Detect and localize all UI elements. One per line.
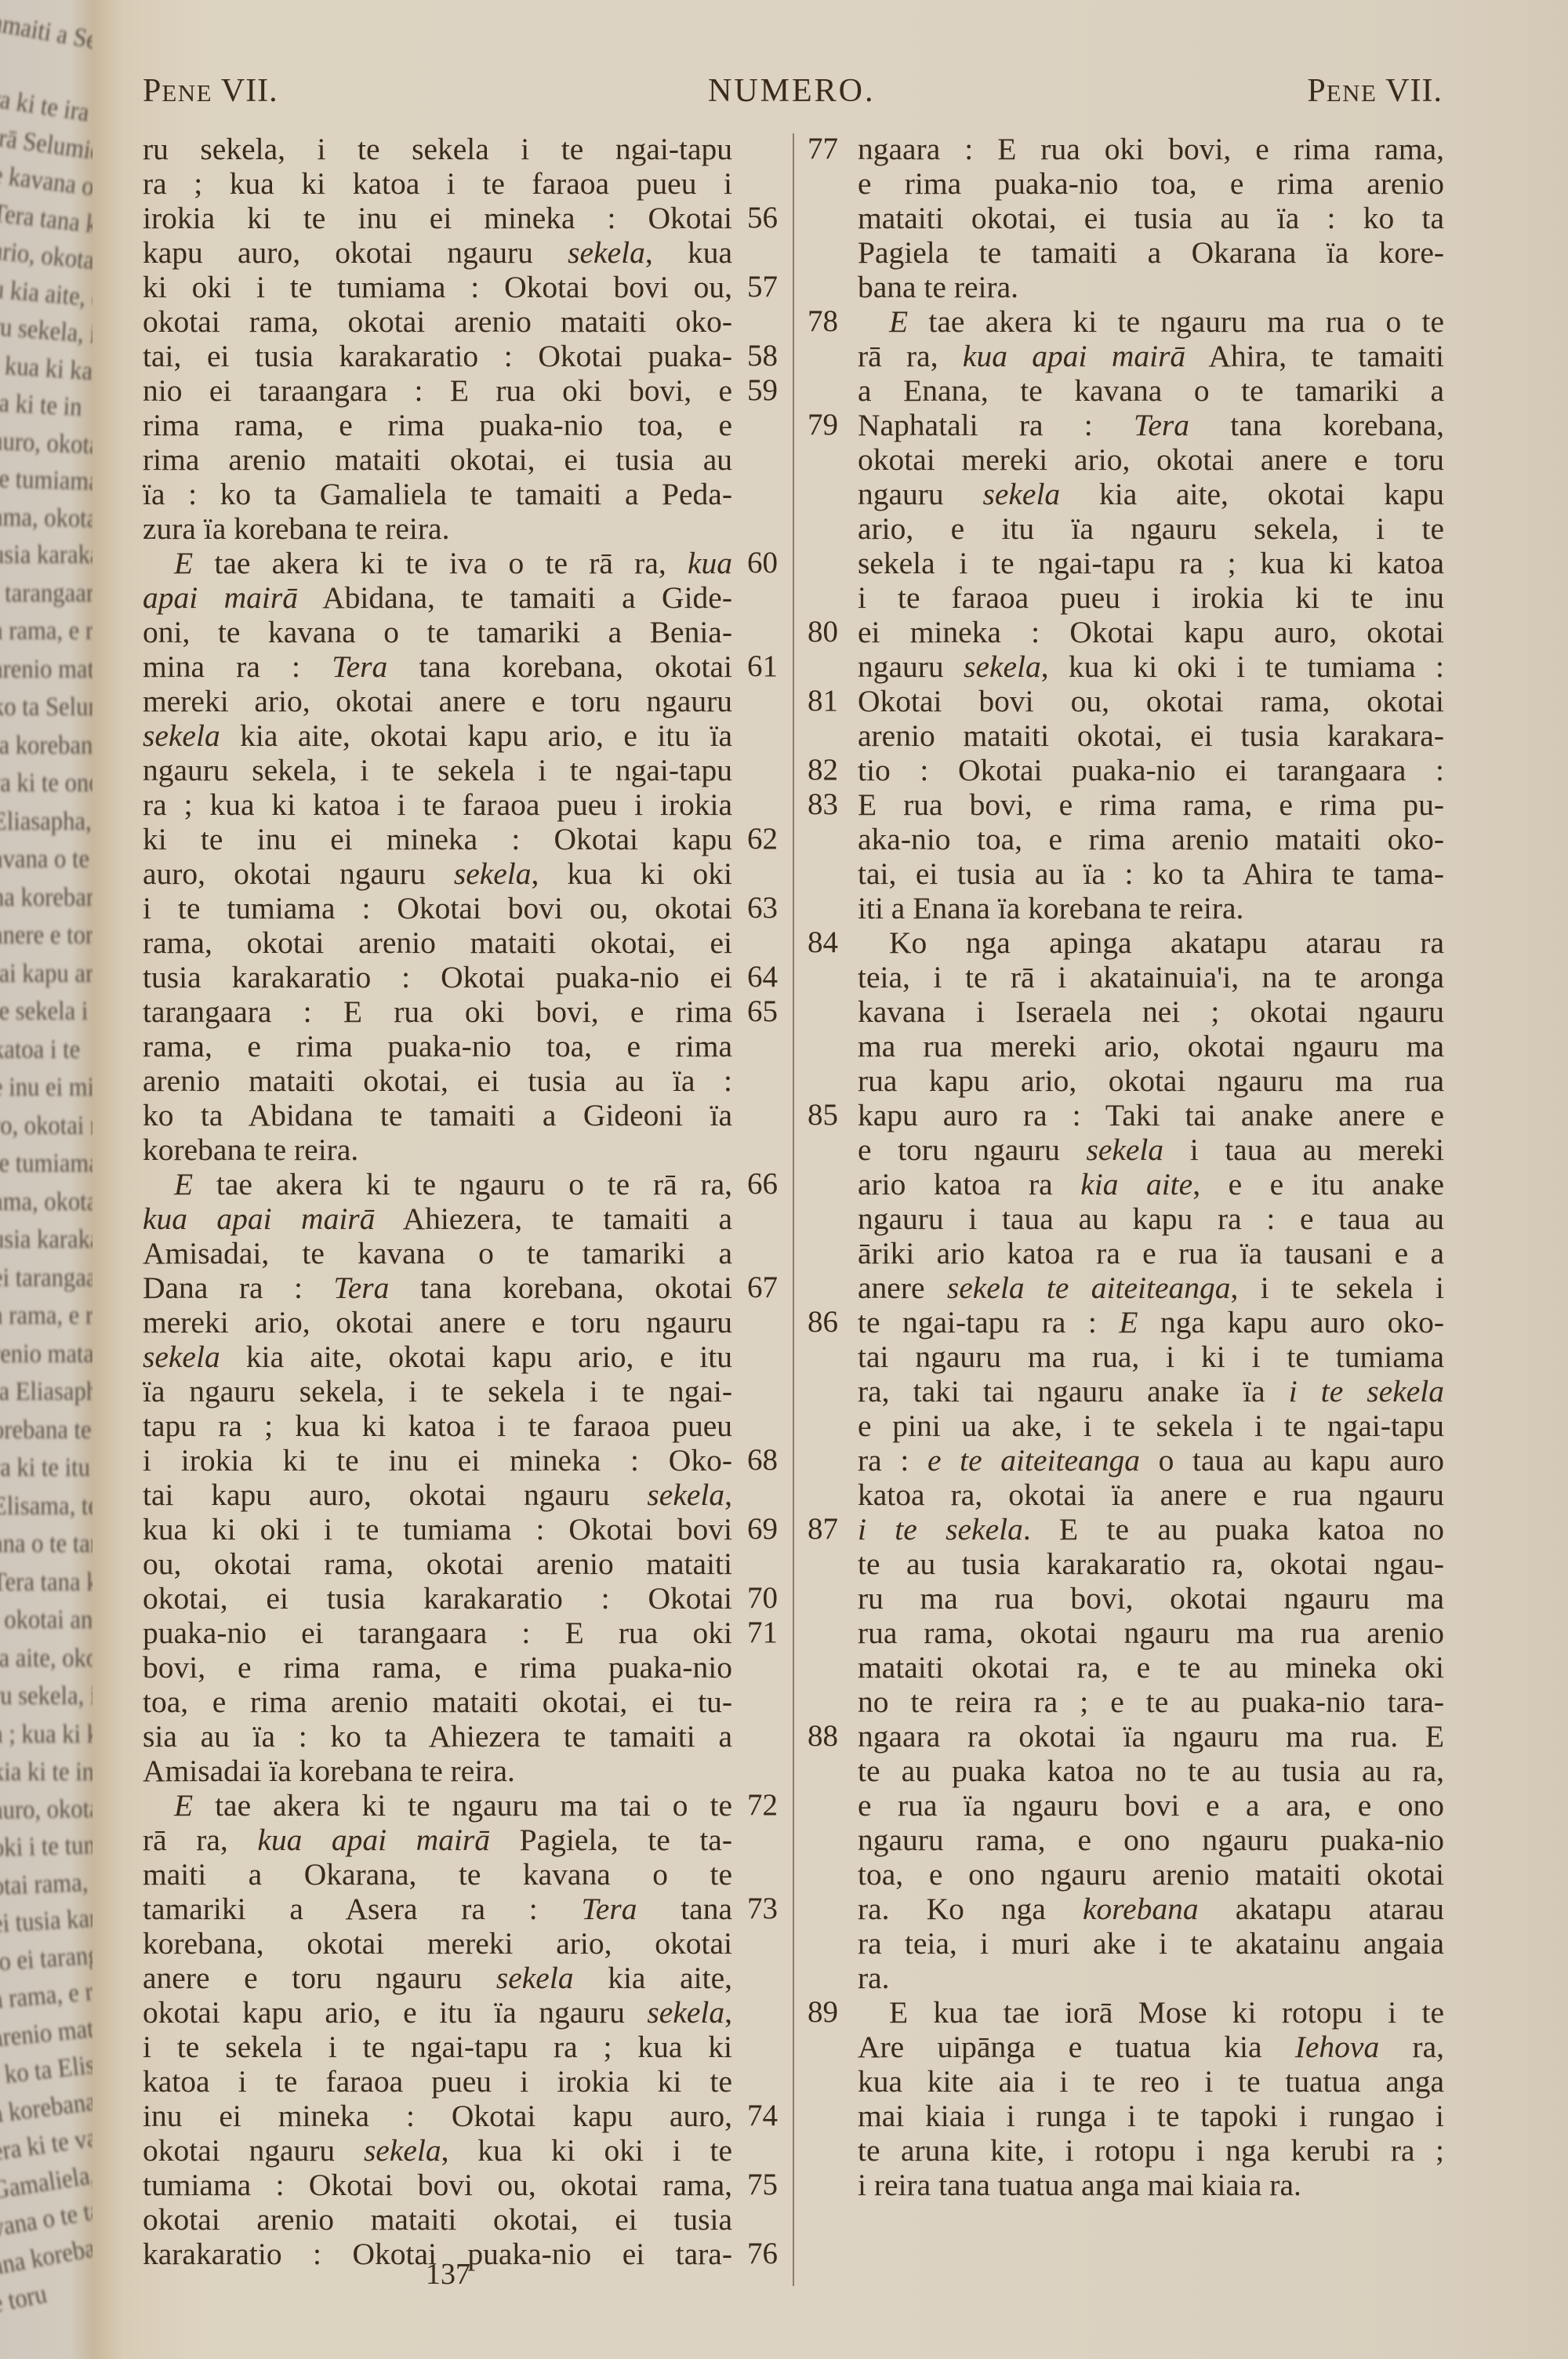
facing-page-fragment: usia karaka bbox=[0, 1225, 100, 1255]
text-line: rā ra, kua apai mairā Pagiela, te ta- bbox=[143, 1823, 793, 1857]
text-line: iti a Enana ïa korebana te reira. bbox=[808, 891, 1446, 925]
verse-number: 58 bbox=[739, 339, 778, 373]
facing-page-fragment: ra ki te ira bbox=[0, 84, 91, 128]
line-text: mina ra : Tera tana korebana, okotai bbox=[143, 649, 732, 684]
line-text: auro, okotai ngauru sekela, kua ki oki bbox=[143, 856, 732, 891]
text-line: tamariki a Asera ra : Tera tana73 bbox=[143, 1892, 793, 1926]
line-text: ru sekela, i te sekela i te ngai-tapu bbox=[143, 132, 732, 166]
verse-number: 62 bbox=[739, 822, 778, 856]
text-line: rā ra, kua apai mairā Ahira, te tamaiti bbox=[808, 339, 1446, 373]
facing-page-fragment: ama, okotai bbox=[0, 1187, 102, 1217]
line-text: tai, ei tusia karakaratio : Okotai puaka… bbox=[143, 339, 732, 373]
facing-page-fragment: Tera tana ko bbox=[0, 1568, 102, 1598]
facing-page-fragment: arenio matai bbox=[0, 2012, 102, 2054]
line-text: tai, ei tusia au ïa : ko ta Ahira te tam… bbox=[858, 856, 1444, 891]
text-line: okotai kapu ario, e itu ïa ngauru sekela… bbox=[143, 1995, 793, 2030]
line-text: Amisadai ïa korebana te reira. bbox=[143, 1754, 732, 1788]
line-text: irokia ki te inu ei mineka : Okotai bbox=[143, 201, 732, 235]
verse-number: 69 bbox=[739, 1512, 778, 1547]
line-text: E tae akera ki te ngauru ma tai o te bbox=[143, 1788, 732, 1823]
facing-page-fragment: otai rama, oko bbox=[0, 1866, 102, 1901]
line-text: rā ra, kua apai mairā Ahira, te tamaiti bbox=[858, 339, 1444, 373]
line-text: rama, e rima puaka-nio toa, e rima bbox=[143, 1029, 732, 1063]
text-line: mataiti okotai ra, e te au mineka oki bbox=[808, 1650, 1446, 1685]
text-line: rama, okotai arenio mataiti okotai, ei bbox=[143, 925, 793, 960]
line-text: sekela kia aite, okotai kapu ario, e itu bbox=[143, 1339, 732, 1374]
verse-number: 61 bbox=[739, 649, 778, 684]
line-text: ki te inu ei mineka : Okotai kapu bbox=[143, 822, 732, 856]
facing-page-fragment: a rama, e ri bbox=[0, 616, 100, 646]
text-line: tai kapu auro, okotai ngauru sekela, bbox=[143, 1478, 793, 1512]
text-line: korebana te reira. bbox=[143, 1132, 793, 1167]
facing-page-fragment: ra ki te itu o bbox=[0, 1453, 102, 1483]
verse-number: 60 bbox=[739, 546, 778, 580]
line-text: puaka-nio ei tarangaara : E rua oki bbox=[143, 1616, 732, 1650]
text-line: ra, taki tai ngauru anake ïa i te sekela bbox=[808, 1374, 1446, 1408]
line-text: ou, okotai rama, okotai arenio mataiti bbox=[143, 1547, 732, 1581]
text-line: katoa i te faraoa pueu i irokia ki te bbox=[143, 2064, 793, 2099]
text-line: Amisadai, te kavana o te tamariki a bbox=[143, 1236, 793, 1270]
verse-number: 59 bbox=[739, 373, 778, 408]
facing-page-gutter: amaiti a Selra ki te irairā Selumiee kav… bbox=[0, 0, 102, 2359]
text-line: ra ; kua ki katoa i te faraoa pueu i bbox=[143, 166, 793, 201]
line-text: bovi, e rima rama, e rima puaka-nio bbox=[143, 1650, 732, 1685]
line-text: okotai arenio mataiti okotai, ei tusia bbox=[143, 2202, 732, 2237]
text-line: tarangaara : E rua oki bovi, e rima65 bbox=[143, 994, 793, 1029]
facing-page-fragment: ro, okotai n bbox=[0, 1111, 102, 1141]
text-line: Pagiela te tamaiti a Okarana ïa kore- bbox=[808, 235, 1446, 270]
line-text: e toru ngauru sekela i taua au mereki bbox=[858, 1132, 1444, 1167]
line-text: okotai kapu ario, e itu ïa ngauru sekela… bbox=[143, 1995, 732, 2030]
facing-page-fragment: te sekela i bbox=[0, 997, 88, 1027]
verse-number: 73 bbox=[739, 1892, 778, 1926]
facing-page-fragment: , okotai anere bbox=[0, 1605, 102, 1635]
page-number: 137 bbox=[426, 2257, 470, 2292]
line-text: okotai mereki ario, okotai anere e toru bbox=[858, 442, 1444, 477]
line-text: tusia karakaratio : Okotai puaka-nio ei bbox=[143, 960, 732, 994]
text-line: ra teia, i muri ake i te akatainu angaia bbox=[808, 1926, 1446, 1961]
line-text: maiti a Okarana, te kavana o te bbox=[143, 1857, 732, 1892]
verse-number: 57 bbox=[739, 270, 778, 304]
text-line: mataiti okotai, ei tusia au ïa : ko ta bbox=[808, 201, 1446, 235]
text-line: ru sekela, i te sekela i te ngai-tapu bbox=[143, 132, 793, 166]
verse-number: 85 bbox=[808, 1098, 848, 1132]
line-text: te ngai-tapu ra : E nga kapu auro oko- bbox=[858, 1305, 1444, 1339]
facing-page-fragment: ta Eliasapha bbox=[0, 1377, 102, 1407]
line-text: ra. bbox=[858, 1961, 1444, 1995]
facing-page-fragment: ïa korebana t bbox=[0, 731, 102, 761]
text-line: āriki ario katoa ra e rua ïa tausani e a bbox=[808, 1236, 1446, 1270]
facing-page-fragment: na korebana, bbox=[0, 883, 102, 913]
line-text: okotai, ei tusia karakaratio : Okotai bbox=[143, 1581, 732, 1616]
line-text: ngauru sekela, kua ki oki i te tumiama : bbox=[858, 649, 1444, 684]
line-text: anere e toru ngauru sekela kia aite, bbox=[143, 1961, 732, 1995]
text-line: rima rama, e rima puaka-nio toa, e bbox=[143, 408, 793, 442]
line-text: sekela i te ngai-tapu ra ; kua ki katoa bbox=[858, 546, 1444, 580]
running-head-left: PENE VII. bbox=[143, 72, 278, 110]
verse-number: 81 bbox=[808, 684, 848, 718]
facing-page-fragment: ru sekela, i t bbox=[0, 312, 102, 351]
text-line: Amisadai ïa korebana te reira. bbox=[143, 1754, 793, 1788]
line-text: bana te reira. bbox=[858, 270, 1444, 304]
line-text: kua kite aia i te reo i te tuatua anga bbox=[858, 2064, 1444, 2099]
text-line: okotai ngauru sekela, kua ki oki i te bbox=[143, 2133, 793, 2168]
line-text: Ko nga apinga akatapu atarau ra bbox=[858, 925, 1444, 960]
text-line: e rima puaka-nio toa, e rima arenio bbox=[808, 166, 1446, 201]
verse-number: 74 bbox=[739, 2099, 778, 2133]
line-text: E kua tae iorā Mose ki rotopu i te bbox=[858, 1995, 1444, 2030]
line-text: rā ra, kua apai mairā Pagiela, te ta- bbox=[143, 1823, 732, 1857]
facing-page-fragment: e inu ei mi bbox=[0, 1073, 94, 1103]
line-text: katoa i te faraoa pueu i irokia ki te bbox=[143, 2064, 732, 2099]
text-line: ei mineka : Okotai kapu auro, okotai80 bbox=[808, 615, 1446, 649]
facing-page-fragment: Tera tana k bbox=[0, 198, 100, 240]
facing-page-fragment: ana o te tama bbox=[0, 1529, 102, 1559]
facing-page-fragment: katoa i te bbox=[0, 1035, 80, 1065]
line-text: tai kapu auro, okotai ngauru sekela, bbox=[143, 1478, 732, 1512]
text-line: rua kapu ario, okotai ngauru ma rua bbox=[808, 1063, 1446, 1098]
text-line: rua rama, okotai ngauru ma rua arenio bbox=[808, 1616, 1446, 1650]
text-line: ra. bbox=[808, 1961, 1446, 1995]
facing-page-fragment: Elisama, te ta bbox=[0, 1492, 102, 1521]
text-line: tusia karakaratio : Okotai puaka-nio ei6… bbox=[143, 960, 793, 994]
facing-page-fragment: ama, okotai a bbox=[0, 503, 102, 535]
text-line: maiti a Okarana, te kavana o te bbox=[143, 1857, 793, 1892]
facing-page-fragment: u kia aite, o bbox=[0, 274, 102, 314]
text-line: tai ngauru ma rua, i ki i te tumiama bbox=[808, 1339, 1446, 1374]
text-line: Dana ra : Tera tana korebana, okotai67 bbox=[143, 1270, 793, 1305]
text-line: ngaara ra okotai ïa ngauru ma rua. E88 bbox=[808, 1719, 1446, 1754]
facing-page-fragment: anere e toru n bbox=[0, 921, 102, 951]
line-text: tamariki a Asera ra : Tera tana bbox=[143, 1892, 732, 1926]
verse-number: 76 bbox=[739, 2237, 778, 2271]
line-text: inu ei mineka : Okotai kapu auro, bbox=[143, 2099, 732, 2133]
text-line: ko ta Abidana te tamaiti a Gideoni ïa bbox=[143, 1098, 793, 1132]
line-text: ngauru i taua au kapu ra : e taua au bbox=[858, 1201, 1444, 1236]
text-line: i te tumiama : Okotai bovi ou, okotai63 bbox=[143, 891, 793, 925]
text-line: ra : e te aiteiteanga o taua au kapu aur… bbox=[808, 1443, 1446, 1478]
line-text: kapu auro, okotai ngauru sekela, kua bbox=[143, 235, 732, 270]
verse-number: 87 bbox=[808, 1512, 848, 1547]
facing-page-fragment: amaiti a Sel bbox=[0, 8, 102, 57]
facing-page-fragment: ; kua ki ka bbox=[0, 351, 93, 387]
facing-page-fragment: kia ki te in bbox=[0, 1757, 94, 1787]
text-line: toa, e ono ngauru arenio mataiti okotai bbox=[808, 1857, 1446, 1892]
line-text: e rima puaka-nio toa, e rima arenio bbox=[858, 166, 1444, 201]
verse-number: 83 bbox=[808, 787, 848, 822]
text-line: arenio mataiti okotai, ei tusia au ïa : bbox=[143, 1063, 793, 1098]
text-line: ki te inu ei mineka : Okotai kapu62 bbox=[143, 822, 793, 856]
facing-page-fragment: te tumiama: bbox=[0, 1149, 102, 1179]
line-text: E tae akera ki te iva o te rā ra, kua bbox=[143, 546, 732, 580]
facing-page-fragment: arenio matai bbox=[0, 655, 102, 685]
line-text: kavana i Iseraela nei ; okotai ngauru bbox=[858, 994, 1444, 1029]
text-line: E tae akera ki te ngauru ma rua o te78 bbox=[808, 304, 1446, 339]
text-line: zura ïa korebana te reira. bbox=[143, 511, 793, 546]
line-text: arenio mataiti okotai, ei tusia karakara… bbox=[858, 718, 1444, 753]
text-line: tio : Okotai puaka-nio ei tarangaara :82 bbox=[808, 753, 1446, 787]
line-text: te au puaka katoa no te au tusia au ra, bbox=[858, 1754, 1444, 1788]
line-text: i reira tana tuatua anga mai kiaia ra. bbox=[858, 2168, 1444, 2202]
line-text: mataiti okotai ra, e te au mineka oki bbox=[858, 1650, 1444, 1685]
verse-number: 84 bbox=[808, 925, 848, 960]
verse-number: 63 bbox=[739, 891, 778, 925]
text-line: teia, i te rā i akatainuia'i, na te aron… bbox=[808, 960, 1446, 994]
line-text: nio ei taraangara : E rua oki bovi, e bbox=[143, 373, 732, 408]
text-line: irokia ki te inu ei mineka : Okotai56 bbox=[143, 201, 793, 235]
text-line: ou, okotai rama, okotai arenio mataiti bbox=[143, 1547, 793, 1581]
text-line: rama, e rima puaka-nio toa, e rima bbox=[143, 1029, 793, 1063]
line-text: ko ta Abidana te tamaiti a Gideoni ïa bbox=[143, 1098, 732, 1132]
line-text: anere sekela te aiteiteanga, i te sekela… bbox=[858, 1270, 1444, 1305]
facing-page-fragment: a korebana te r bbox=[0, 2082, 102, 2129]
line-text: ma rua mereki ario, okotai ngauru ma bbox=[858, 1029, 1444, 1063]
text-line: ra. Ko nga korebana akatapu atarau bbox=[808, 1892, 1446, 1926]
line-text: iti a Enana ïa korebana te reira. bbox=[858, 891, 1444, 925]
facing-page-fragment: te tumiama: bbox=[0, 464, 102, 497]
text-line: mereki ario, okotai anere e toru ngauru bbox=[143, 684, 793, 718]
facing-page-fragment: ei tarangaar: bbox=[0, 1263, 102, 1293]
line-text: ki oki i te tumiama : Okotai bovi ou, bbox=[143, 270, 732, 304]
text-line: Are uipānga e tuatua kia Iehova ra, bbox=[808, 2030, 1446, 2064]
line-text: ario, e itu ïa ngauru sekela, i te bbox=[858, 511, 1444, 546]
running-head-right: PENE VII. bbox=[1307, 72, 1443, 110]
text-line: sia au ïa : ko ta Ahiezera te tamaiti a bbox=[143, 1719, 793, 1754]
text-line: okotai rama, okotai arenio mataiti oko- bbox=[143, 304, 793, 339]
right-column: ngaara : E rua oki bovi, e rima rama,77e… bbox=[808, 132, 1446, 2202]
text-line: te ngai-tapu ra : E nga kapu auro oko-86 bbox=[808, 1305, 1446, 1339]
line-text: ngauru sekela kia aite, okotai kapu bbox=[858, 477, 1444, 511]
line-text: rama, okotai arenio mataiti okotai, ei bbox=[143, 925, 732, 960]
line-text: tio : Okotai puaka-nio ei tarangaara : bbox=[858, 753, 1444, 787]
text-line: mina ra : Tera tana korebana, okotai61 bbox=[143, 649, 793, 684]
text-line: anere e toru ngauru sekela kia aite, bbox=[143, 1961, 793, 1995]
text-line: oni, te kavana o te tamariki a Benia- bbox=[143, 615, 793, 649]
line-text: rua rama, okotai ngauru ma rua arenio bbox=[858, 1616, 1444, 1650]
text-line: e rua ïa ngauru bovi e a ara, e ono bbox=[808, 1788, 1446, 1823]
facing-page-fragment: e toru bbox=[0, 2280, 49, 2320]
line-text: no te reira ra ; e te au puaka-nio tara- bbox=[858, 1685, 1444, 1719]
verse-number: 75 bbox=[739, 2168, 778, 2202]
line-text: Dana ra : Tera tana korebana, okotai bbox=[143, 1270, 732, 1305]
line-text: mai kiaia i runga i te tapoki i rungao i bbox=[858, 2099, 1444, 2133]
text-line: kavana i Iseraela nei ; okotai ngauru bbox=[808, 994, 1446, 1029]
line-text: korebana te reira. bbox=[143, 1132, 732, 1167]
text-line: tapu ra ; kua ki katoa i te faraoa pueu bbox=[143, 1408, 793, 1443]
text-line: sekela kia aite, okotai kapu ario, e itu… bbox=[143, 718, 793, 753]
facing-page-fragment: usia karakar bbox=[0, 540, 102, 570]
line-text: i te sekela. E te au puaka katoa no bbox=[858, 1512, 1444, 1547]
text-line: tai, ei tusia au ïa : ko ta Ahira te tam… bbox=[808, 856, 1446, 891]
text-line: aka-nio toa, e rima arenio mataiti oko- bbox=[808, 822, 1446, 856]
line-text: rima arenio mataiti okotai, ei tusia au bbox=[143, 442, 732, 477]
text-line: ru ma rua bovi, okotai ngauru ma bbox=[808, 1581, 1446, 1616]
text-line: ngauru rama, e ono ngauru puaka-nio bbox=[808, 1823, 1446, 1857]
line-text: ïa : ko ta Gamaliela te tamaiti a Peda- bbox=[143, 477, 732, 511]
facing-page-fragment: ra ki te ono bbox=[0, 769, 101, 798]
text-line: kua ki oki i te tumiama : Okotai bovi69 bbox=[143, 1512, 793, 1547]
line-text: a Enana, te kavana o te tamariki a bbox=[858, 373, 1444, 408]
text-line: E rua bovi, e rima rama, e rima pu-83 bbox=[808, 787, 1446, 822]
text-line: apai mairā Abidana, te tamaiti a Gide- bbox=[143, 580, 793, 615]
line-text: arenio mataiti okotai, ei tusia au ïa : bbox=[143, 1063, 732, 1098]
line-text: kua ki oki i te tumiama : Okotai bovi bbox=[143, 1512, 732, 1547]
text-line: Naphatali ra : Tera tana korebana,79 bbox=[808, 408, 1446, 442]
text-line: ra ; kua ki katoa i te faraoa pueu i iro… bbox=[143, 787, 793, 822]
column-rule bbox=[793, 133, 794, 2286]
text-line: ario, e itu ïa ngauru sekela, i te bbox=[808, 511, 1446, 546]
facing-page-fragment: i tarangaar: bbox=[0, 579, 100, 609]
line-text: kua apai mairā Ahiezera, te tamaiti a bbox=[143, 1201, 732, 1236]
text-line: bana te reira. bbox=[808, 270, 1446, 304]
facing-page-fragment: ario, okotai bbox=[0, 236, 102, 277]
text-line: puaka-nio ei tarangaara : E rua oki71 bbox=[143, 1616, 793, 1650]
line-text: āriki ario katoa ra e rua ïa tausani e a bbox=[858, 1236, 1444, 1270]
line-text: e pini ua ake, i te sekela i te ngai-tap… bbox=[858, 1408, 1444, 1443]
line-text: ra teia, i muri ake i te akatainu angaia bbox=[858, 1926, 1444, 1961]
line-text: sia au ïa : ko ta Ahiezera te tamaiti a bbox=[143, 1719, 732, 1754]
line-text: ïa ngauru sekela, i te sekela i te ngai- bbox=[143, 1374, 732, 1408]
text-line: katoa ra, okotai ïa anere e rua ngauru bbox=[808, 1478, 1446, 1512]
verse-number: 79 bbox=[808, 408, 848, 442]
text-line: bovi, e rima rama, e rima puaka-nio bbox=[143, 1650, 793, 1685]
text-line: ki oki i te tumiama : Okotai bovi ou,57 bbox=[143, 270, 793, 304]
verse-number: 66 bbox=[739, 1167, 778, 1201]
line-text: Pagiela te tamaiti a Okarana ïa kore- bbox=[858, 235, 1444, 270]
line-text: E tae akera ki te ngauru o te rā ra, bbox=[143, 1167, 732, 1201]
facing-page-fragment: irā Selumie bbox=[0, 122, 102, 167]
verse-number: 82 bbox=[808, 753, 848, 787]
facing-page-fragment: Eliasapha, bbox=[0, 807, 92, 837]
line-text: rua kapu ario, okotai ngauru ma rua bbox=[858, 1063, 1444, 1098]
facing-page-fragment: a ; kua ki ka bbox=[0, 1720, 102, 1750]
line-text: tapu ra ; kua ki katoa i te faraoa pueu bbox=[143, 1408, 732, 1443]
text-line: sekela i te ngai-tapu ra ; kua ki katoa bbox=[808, 546, 1446, 580]
line-text: ngaara : E rua oki bovi, e rima rama, bbox=[858, 132, 1444, 166]
verse-number: 68 bbox=[739, 1443, 778, 1478]
line-text: ra ; kua ki katoa i te faraoa pueu i iro… bbox=[143, 787, 732, 822]
text-line: ïa : ko ta Gamaliela te tamaiti a Peda- bbox=[143, 477, 793, 511]
facing-page-fragment: auro, okotai bbox=[0, 1794, 102, 1825]
text-line: nio ei taraangara : E rua oki bovi, e59 bbox=[143, 373, 793, 408]
text-line: te au tusia karakaratio ra, okotai ngau- bbox=[808, 1547, 1446, 1581]
text-line: ngauru i taua au kapu ra : e taua au bbox=[808, 1201, 1446, 1236]
text-line: toa, e rima arenio mataiti okotai, ei tu… bbox=[143, 1685, 793, 1719]
line-text: ra, taki tai ngauru anake ïa i te sekela bbox=[858, 1374, 1444, 1408]
text-line: ngauru sekela kia aite, okotai kapu bbox=[808, 477, 1446, 511]
text-line: te au puaka katoa no te au tusia au ra, bbox=[808, 1754, 1446, 1788]
line-text: Naphatali ra : Tera tana korebana, bbox=[858, 408, 1444, 442]
text-line: e toru ngauru sekela i taua au mereki bbox=[808, 1132, 1446, 1167]
line-text: rima rama, e rima puaka-nio toa, e bbox=[143, 408, 732, 442]
text-line: E kua tae iorā Mose ki rotopu i te89 bbox=[808, 1995, 1446, 2030]
line-text: tai ngauru ma rua, i ki i te tumiama bbox=[858, 1339, 1444, 1374]
facing-page-fragment: oki i te tumi bbox=[0, 1830, 102, 1863]
facing-page-fragment: ia aite, okotai bbox=[0, 1644, 102, 1674]
verse-number: 88 bbox=[808, 1719, 848, 1754]
line-text: ra ; kua ki katoa i te faraoa pueu i bbox=[143, 166, 732, 201]
line-text: ngauru rama, e ono ngauru puaka-nio bbox=[858, 1823, 1444, 1857]
verse-number: 72 bbox=[739, 1788, 778, 1823]
text-line: okotai, ei tusia karakaratio : Okotai70 bbox=[143, 1581, 793, 1616]
running-head-title: NUMERO. bbox=[708, 72, 876, 110]
line-text: kapu auro ra : Taki tai anake anere e bbox=[858, 1098, 1444, 1132]
text-line: ngauru sekela, i te sekela i te ngai-tap… bbox=[143, 753, 793, 787]
facing-page-fragment: renio mataiti bbox=[0, 1339, 102, 1369]
line-text: toa, e rima arenio mataiti okotai, ei tu… bbox=[143, 1685, 732, 1719]
line-text: ra. Ko nga korebana akatapu atarau bbox=[858, 1892, 1444, 1926]
verse-number: 67 bbox=[739, 1270, 778, 1305]
text-line: a Enana, te kavana o te tamariki a bbox=[808, 373, 1446, 408]
facing-page-fragment: auro, okota bbox=[0, 427, 100, 460]
text-line: i irokia ki te inu ei mineka : Oko-68 bbox=[143, 1443, 793, 1478]
line-text: katoa ra, okotai ïa anere e rua ngauru bbox=[858, 1478, 1444, 1512]
line-text: apai mairā Abidana, te tamaiti a Gide- bbox=[143, 580, 732, 615]
verse-number: 89 bbox=[808, 1995, 848, 2030]
line-text: okotai rama, okotai arenio mataiti oko- bbox=[143, 304, 732, 339]
line-text: mereki ario, okotai anere e toru ngauru bbox=[143, 1305, 732, 1339]
facing-page-fragment: ia ki te in bbox=[0, 388, 83, 423]
facing-page-fragment: tai kapu ario, bbox=[0, 959, 102, 989]
text-line: Ko nga apinga akatapu atarau ra84 bbox=[808, 925, 1446, 960]
line-text: i irokia ki te inu ei mineka : Oko- bbox=[143, 1443, 732, 1478]
line-text: te aruna kite, i rotopu i nga kerubi ra … bbox=[858, 2133, 1444, 2168]
text-line: mai kiaia i runga i te tapoki i rungao i bbox=[808, 2099, 1446, 2133]
text-line: kua kite aia i te reo i te tuatua anga bbox=[808, 2064, 1446, 2099]
line-text: mereki ario, okotai anere e toru ngauru bbox=[143, 684, 732, 718]
text-line: E tae akera ki te ngauru ma tai o te72 bbox=[143, 1788, 793, 1823]
line-text: korebana, okotai mereki ario, okotai bbox=[143, 1926, 732, 1961]
line-text: E tae akera ki te ngauru ma rua o te bbox=[858, 304, 1444, 339]
line-text: ei mineka : Okotai kapu auro, okotai bbox=[858, 615, 1444, 649]
line-text: E rua bovi, e rima rama, e rima pu- bbox=[858, 787, 1444, 822]
line-text: mataiti okotai, ei tusia au ïa : ko ta bbox=[858, 201, 1444, 235]
line-text: ngauru sekela, i te sekela i te ngai-tap… bbox=[143, 753, 732, 787]
text-line: ario katoa ra kia aite, e e itu anake bbox=[808, 1167, 1446, 1201]
verse-number: 78 bbox=[808, 304, 848, 339]
facing-page-fragment: ru sekela, i t bbox=[0, 1681, 102, 1711]
text-line: i te sekela i te ngai-tapu ra ; kua ki bbox=[143, 2030, 793, 2064]
line-text: ra : e te aiteiteanga o taua au kapu aur… bbox=[858, 1443, 1444, 1478]
text-line: tai, ei tusia karakaratio : Okotai puaka… bbox=[143, 339, 793, 373]
line-text: toa, e ono ngauru arenio mataiti okotai bbox=[858, 1857, 1444, 1892]
text-line: i te sekela. E te au puaka katoa no87 bbox=[808, 1512, 1446, 1547]
text-line: kua apai mairā Ahiezera, te tamaiti a bbox=[143, 1201, 793, 1236]
facing-page-fragment: e kavana o te bbox=[0, 160, 102, 205]
left-column: ru sekela, i te sekela i te ngai-tapura … bbox=[143, 132, 793, 2271]
line-text: aka-nio toa, e rima arenio mataiti oko- bbox=[858, 822, 1444, 856]
verse-number: 64 bbox=[739, 960, 778, 994]
text-line: korebana, okotai mereki ario, okotai bbox=[143, 1926, 793, 1961]
text-line: arenio mataiti okotai, ei tusia karakara… bbox=[808, 718, 1446, 753]
text-line: e pini ua ake, i te sekela i te ngai-tap… bbox=[808, 1408, 1446, 1443]
facing-page-fragment: io ei tarangaa bbox=[0, 1939, 102, 1977]
facing-page-fragment: ko ta Selumi bbox=[0, 692, 102, 722]
text-line: anere sekela te aiteiteanga, i te sekela… bbox=[808, 1270, 1446, 1305]
facing-page-fragment: a rama, e rim bbox=[0, 1976, 102, 2016]
verse-number: 77 bbox=[808, 132, 848, 166]
text-line: i te faraoa pueu i irokia ki te inu bbox=[808, 580, 1446, 615]
line-text: ngaara ra okotai ïa ngauru ma rua. E bbox=[858, 1719, 1444, 1754]
line-text: tumiama : Okotai bovi ou, okotai rama, bbox=[143, 2168, 732, 2202]
text-line: inu ei mineka : Okotai kapu auro,74 bbox=[143, 2099, 793, 2133]
text-line: okotai arenio mataiti okotai, ei tusia bbox=[143, 2202, 793, 2237]
line-text: ario katoa ra kia aite, e e itu anake bbox=[858, 1167, 1444, 1201]
line-text: sekela kia aite, okotai kapu ario, e itu… bbox=[143, 718, 732, 753]
text-line: kapu auro ra : Taki tai anake anere e85 bbox=[808, 1098, 1446, 1132]
line-text: Are uipānga e tuatua kia Iehova ra, bbox=[858, 2030, 1444, 2064]
verse-number: 80 bbox=[808, 615, 848, 649]
